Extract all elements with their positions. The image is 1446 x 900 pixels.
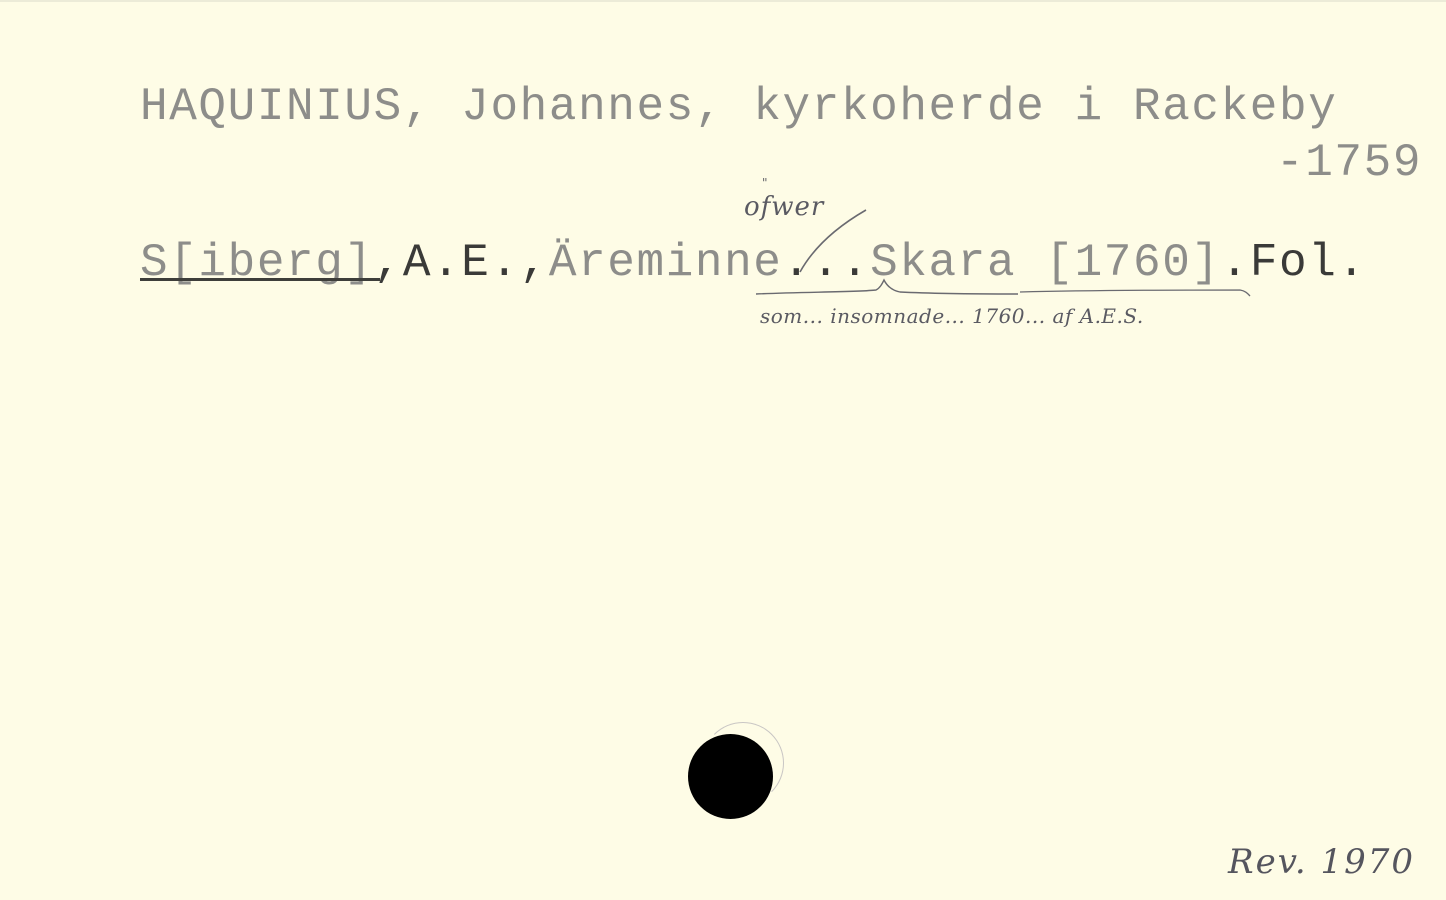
heading-given-name: Johannes, [461, 81, 724, 133]
punch-hole [688, 734, 773, 819]
heading-line: HAQUINIUS, Johannes, kyrkoherde i Rackeb… [140, 84, 1337, 130]
death-year: -1759 [1276, 140, 1422, 186]
heading-title: kyrkoherde i Rackeby [753, 81, 1337, 133]
citation-format: .Fol. [1221, 237, 1367, 289]
citation-initials: ,A.E., [374, 237, 549, 289]
citation-place: Skara [870, 237, 1016, 289]
handwritten-umlaut: " [762, 176, 768, 190]
catalog-card: HAQUINIUS, Johannes, kyrkoherde i Rackeb… [0, 0, 1446, 900]
author-underline [140, 278, 380, 281]
handwritten-insertion: ofwer [744, 192, 824, 222]
handwritten-note: som... insomnade... 1760... af A.E.S. [760, 304, 1144, 328]
citation-ellipsis: ... [783, 237, 871, 289]
handwritten-revision: Rev. 1970 [1228, 842, 1415, 882]
heading-name: HAQUINIUS, [140, 81, 432, 133]
year-underline [1020, 290, 1250, 296]
citation-author: S[iberg] [140, 237, 374, 289]
citation-year: [1760] [1045, 237, 1220, 289]
citation-title: Äreminne [549, 237, 783, 289]
